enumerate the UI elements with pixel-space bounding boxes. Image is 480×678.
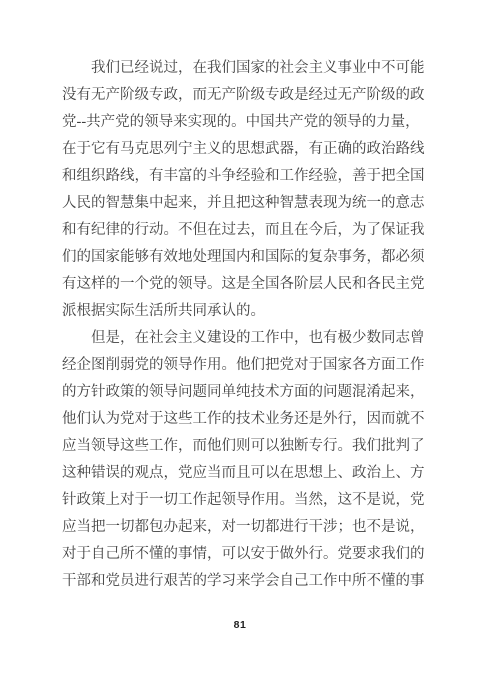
text-line: 没有无产阶级专政，而无产阶级专政是经过无产阶级的政 [62, 82, 419, 109]
text-line: 的方针政策的领导问题同单纯技术方面的问题混淆起来， [62, 379, 419, 406]
text-line: 和组织路线，有丰富的斗争经验和工作经验，善于把全国 [62, 163, 419, 190]
text-line: 这种错误的观点，党应当而且可以在思想上、政治上、方 [62, 460, 419, 487]
text-line: 经企图削弱党的领导作用。他们把党对于国家各方面工作 [62, 352, 419, 379]
text-line: 派根据实际生活所共同承认的。 [62, 298, 419, 325]
page-number: 81 [0, 619, 480, 631]
document-page: 我们已经说过，在我们国家的社会主义事业中不可能 没有无产阶级专政，而无产阶级专政… [0, 0, 480, 678]
text-line: 干部和党员进行艰苦的学习来学会自己工作中所不懂的事 [62, 568, 419, 595]
text-line: 党--共产党的领导来实现的。中国共产党的领导的力量， [62, 109, 419, 136]
paragraph-1: 我们已经说过，在我们国家的社会主义事业中不可能 没有无产阶级专政，而无产阶级专政… [62, 55, 419, 325]
text-line: 人民的智慧集中起来，并且把这种智慧表现为统一的意志 [62, 190, 419, 217]
paragraph-2: 但是，在社会主义建设的工作中，也有极少数同志曾 经企图削弱党的领导作用。他们把党… [62, 325, 419, 595]
text-line: 应当把一切都包办起来，对一切都进行干涉；也不是说， [62, 514, 419, 541]
text-line: 针政策上对于一切工作起领导作用。当然，这不是说，党 [62, 487, 419, 514]
text-line: 们的国家能够有效地处理国内和国际的复杂事务，都必须 [62, 244, 419, 271]
text-line: 他们认为党对于这些工作的技术业务还是外行，因而就不 [62, 406, 419, 433]
text-line: 在于它有马克思列宁主义的思想武器，有正确的政治路线 [62, 136, 419, 163]
text-line: 有这样的一个党的领导。这是全国各阶层人民和各民主党 [62, 271, 419, 298]
text-line: 应当领导这些工作，而他们则可以独断专行。我们批判了 [62, 433, 419, 460]
text-block: 我们已经说过，在我们国家的社会主义事业中不可能 没有无产阶级专政，而无产阶级专政… [62, 55, 419, 595]
text-line: 但是，在社会主义建设的工作中，也有极少数同志曾 [62, 325, 419, 352]
text-line: 和有纪律的行动。不但在过去，而且在今后，为了保证我 [62, 217, 419, 244]
text-line: 我们已经说过，在我们国家的社会主义事业中不可能 [62, 55, 419, 82]
text-line: 对于自己所不懂的事情，可以安于做外行。党要求我们的 [62, 541, 419, 568]
